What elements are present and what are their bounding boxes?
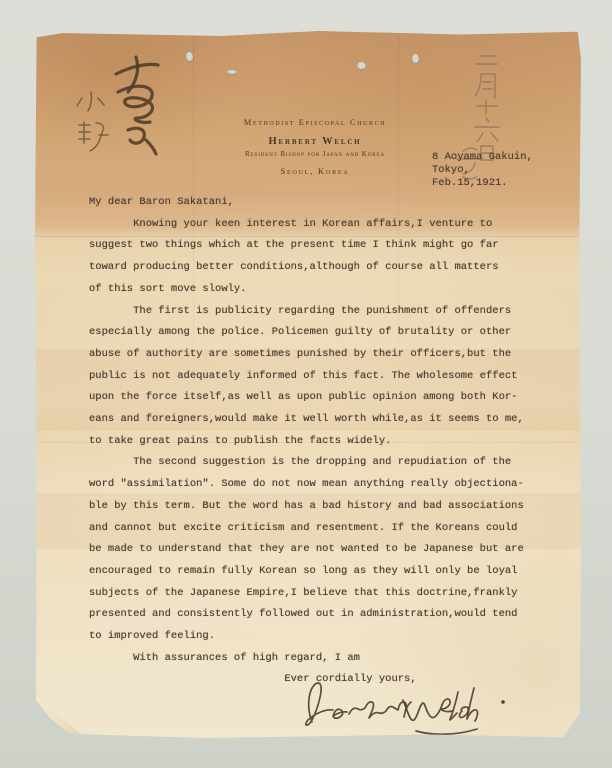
paper-damage-speck bbox=[227, 70, 237, 75]
dateline-text: Tokyo, bbox=[432, 164, 533, 177]
letter-line: encouraged to remain fully Korean so lon… bbox=[89, 561, 524, 583]
handwritten-name-note bbox=[72, 89, 112, 174]
dateline: 8 Aoyama Gakuin,Tokyo,Feb.15,1921. bbox=[432, 151, 533, 190]
letterhead-name: Herbert Welch bbox=[160, 136, 470, 147]
letterhead-title: Resident Bishop for Japan and Korea bbox=[160, 150, 470, 158]
letter-line: public is not adequately informed of thi… bbox=[89, 366, 524, 388]
letter-line: of this sort move slowly. bbox=[89, 279, 524, 301]
letter-line: subjects of the Japanese Empire,I believ… bbox=[89, 583, 524, 605]
letter-line: presented and consistently followed out … bbox=[89, 604, 524, 626]
letter-line: The first is publicity regarding the pun… bbox=[89, 301, 524, 323]
paper-damage-speck bbox=[186, 52, 193, 62]
letter-line: abuse of authority are sometimes punishe… bbox=[89, 344, 524, 366]
letter-line: upon the force itself,as well as upon pu… bbox=[89, 387, 524, 409]
letter-line: My dear Baron Sakatani, bbox=[89, 192, 524, 214]
letter-line: suggest two things which at the present … bbox=[89, 235, 524, 257]
letter-body: My dear Baron Sakatani, Knowing your kee… bbox=[89, 192, 524, 691]
letter-line: to improved feeling. bbox=[89, 626, 524, 648]
paper-damage-speck bbox=[412, 54, 419, 64]
dateline-text: 8 Aoyama Gakuin, bbox=[432, 151, 533, 164]
letter-line: to take great pains to publish the facts… bbox=[89, 431, 524, 453]
letterhead: Methodist Episcopal Church Herbert Welch… bbox=[160, 117, 470, 176]
letterhead-organization: Methodist Episcopal Church bbox=[160, 117, 470, 127]
paper-damage-speck bbox=[357, 62, 366, 70]
letter-line: ble by this term. But the word has a bad… bbox=[89, 496, 524, 518]
dateline-text: Feb.15,1921. bbox=[432, 177, 533, 190]
letter-line: toward producing better conditions,altho… bbox=[89, 257, 524, 279]
letter-line: With assurances of high regard, I am bbox=[89, 648, 524, 670]
letter-line: be made to understand that they are not … bbox=[89, 539, 524, 561]
letter-line: word "assimilation". Some do not now mea… bbox=[89, 474, 524, 496]
photo-background: Methodist Episcopal Church Herbert Welch… bbox=[0, 0, 612, 768]
letter-line: eans and foreigners,would make it well w… bbox=[89, 409, 524, 431]
signature-herbert-welch bbox=[300, 674, 515, 746]
letter-line: Knowing your keen interest in Korean aff… bbox=[89, 214, 524, 236]
letter-page: Methodist Episcopal Church Herbert Welch… bbox=[35, 31, 581, 738]
dog-ear-fold bbox=[34, 691, 86, 738]
letter-line: especially among the police. Policemen g… bbox=[89, 322, 524, 344]
letterhead-location: Seoul, Korea bbox=[160, 166, 470, 176]
letter-line: and cannot but excite criticism and rese… bbox=[89, 518, 524, 540]
letter-line: The second suggestion is the dropping an… bbox=[89, 452, 524, 474]
dog-ear-fold bbox=[560, 707, 582, 738]
